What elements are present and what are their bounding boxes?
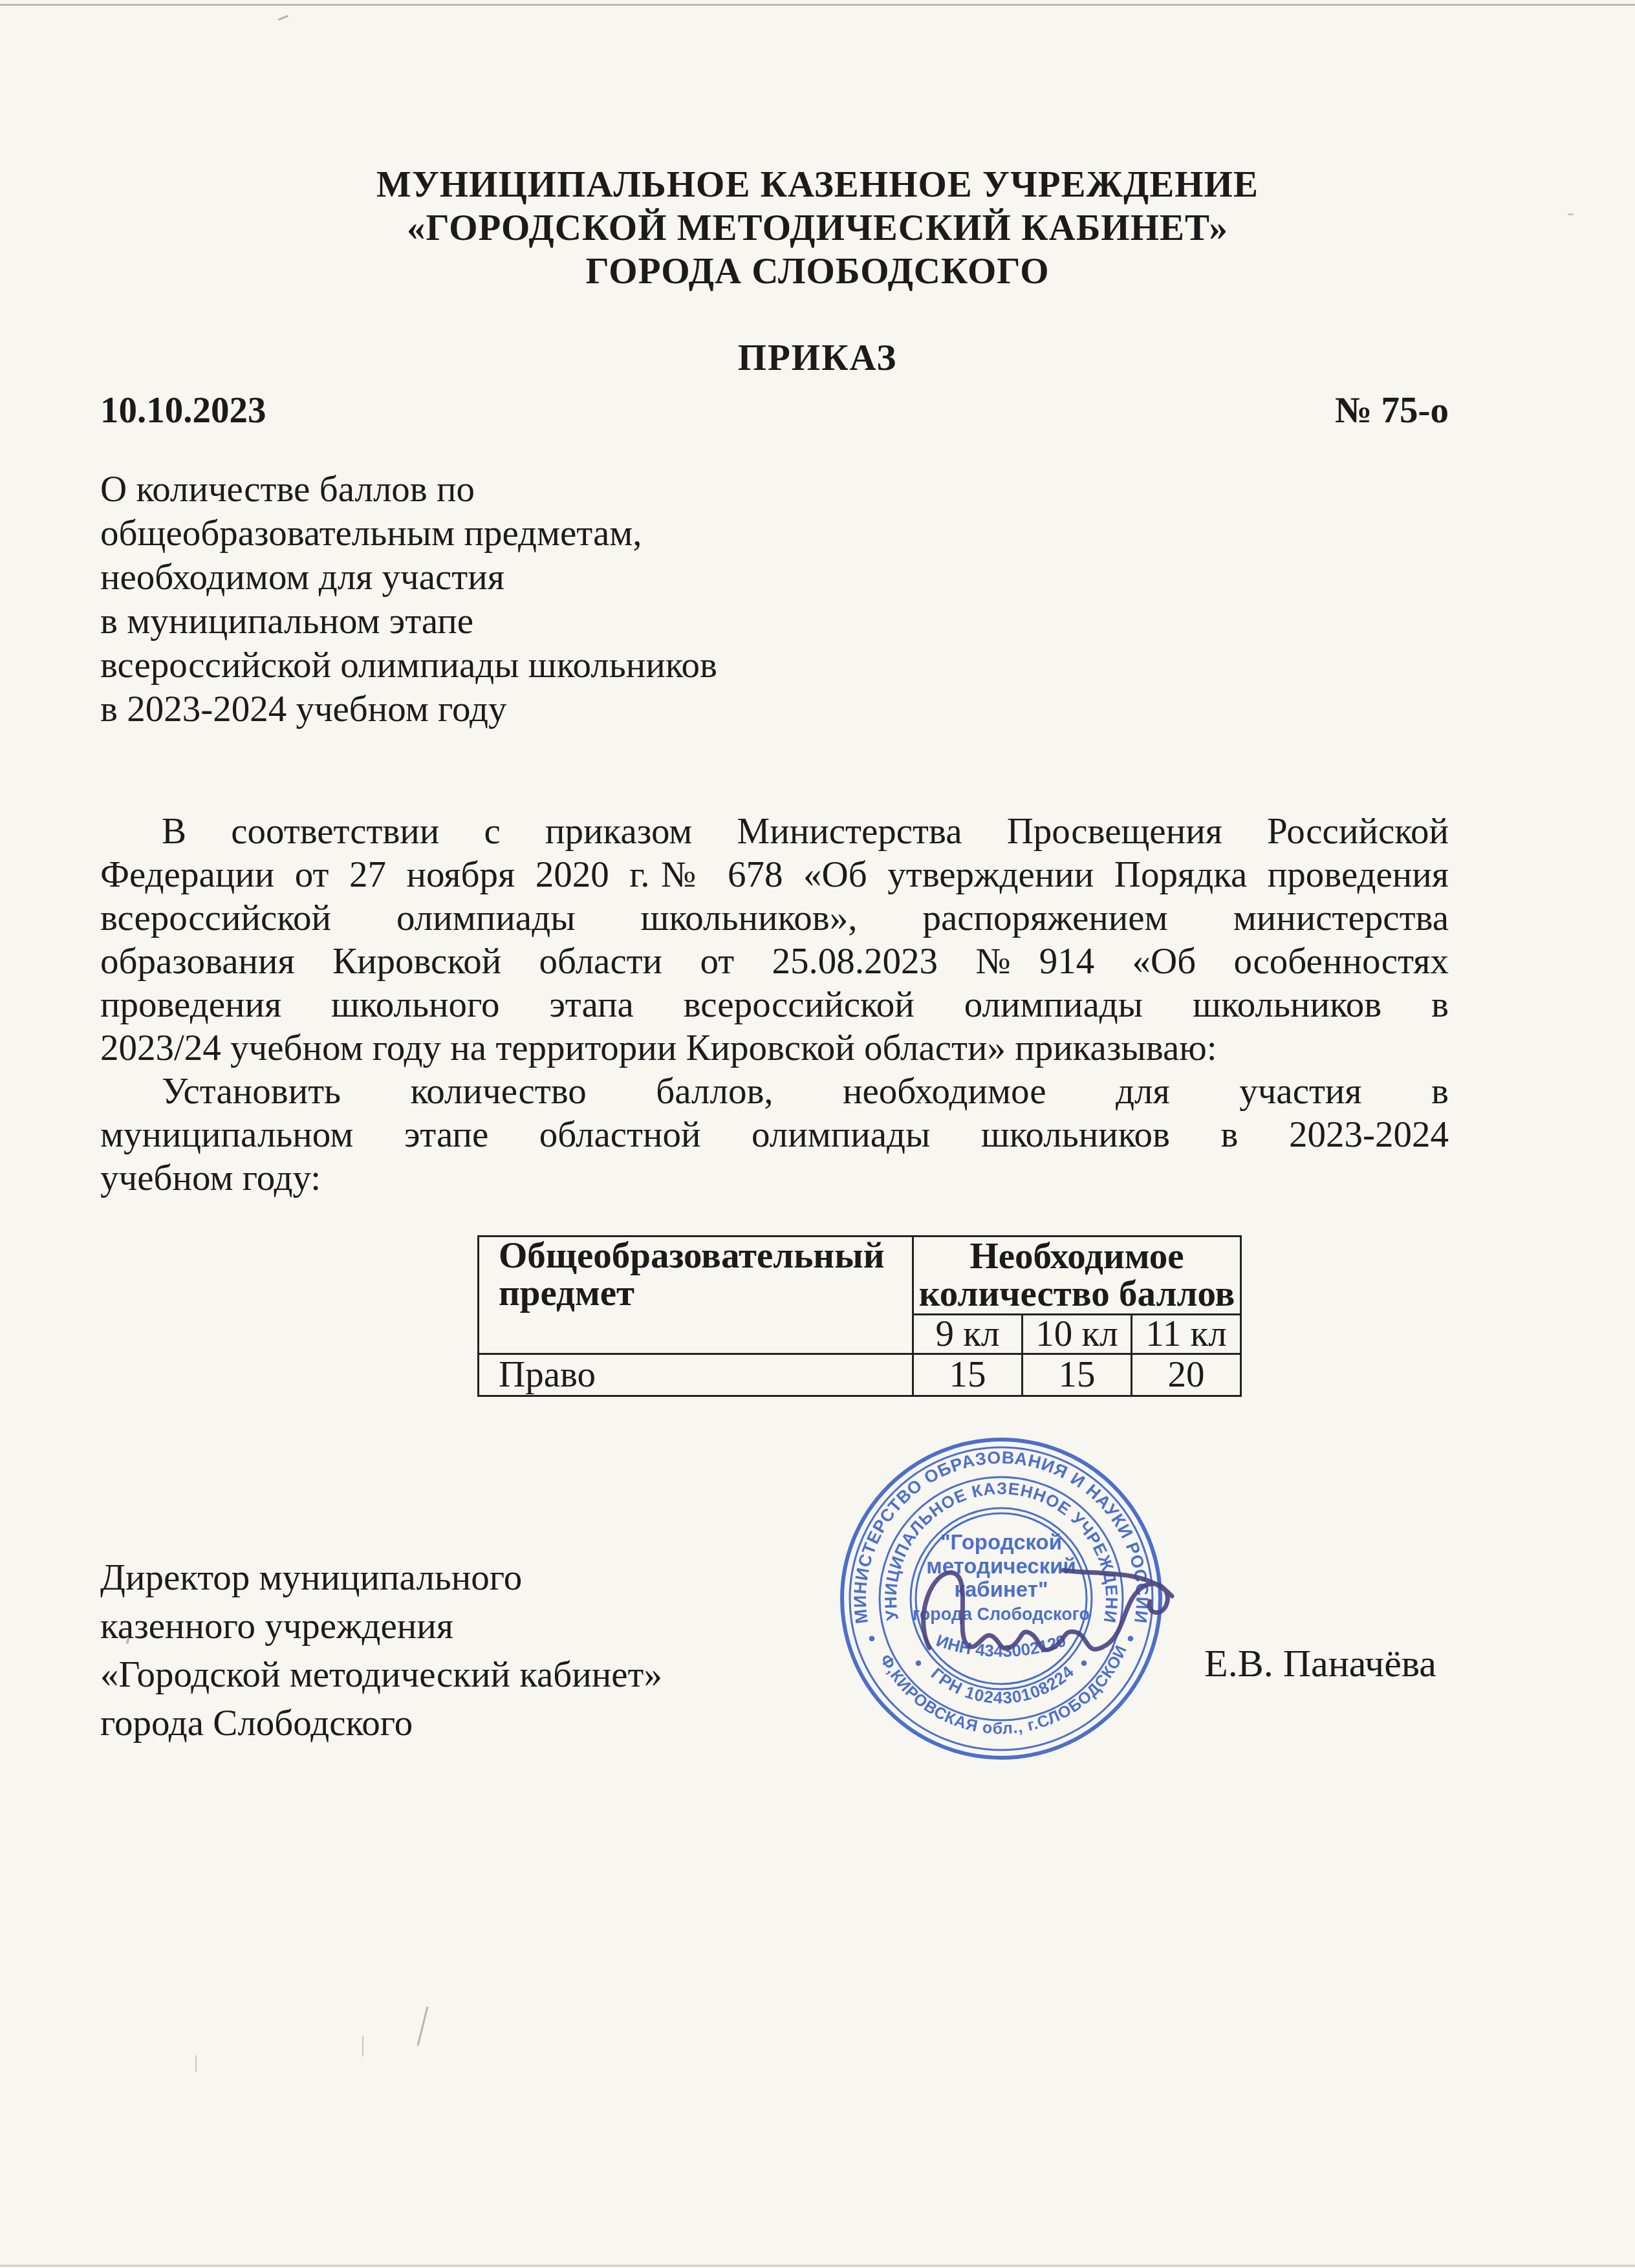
body-line: В соответствии с приказом Министерства П…	[100, 810, 1449, 853]
grade-10-header: 10 кл	[1023, 1315, 1132, 1354]
scanned-order-document: МУНИЦИПАЛЬНОЕ КАЗЕННОЕ УЧРЕЖДЕНИЕ «ГОРОД…	[0, 0, 1635, 2268]
subject-line: в муниципальном этапе	[100, 599, 812, 643]
scan-artifact	[417, 2007, 429, 2046]
subject-line: всероссийской олимпиады школьников	[100, 643, 812, 687]
body-text: В соответствии с приказом Министерства П…	[100, 810, 1449, 1200]
signature-position-line: города Слободского	[100, 1699, 876, 1747]
signature-position-line: Директор муниципального	[100, 1553, 876, 1602]
grade-9-header: 9 кл	[913, 1315, 1023, 1354]
scan-artifact	[195, 2055, 197, 2072]
scan-artifact	[362, 2036, 363, 2057]
signature-position-line: казенного учреждения	[100, 1602, 876, 1650]
signature-position-line: «Городской методический кабинет»	[100, 1650, 876, 1699]
signer-name: Е.В. Паначёва	[1204, 1641, 1436, 1686]
scan-edge-line	[0, 2265, 1635, 2267]
score-9-cell: 15	[913, 1354, 1023, 1396]
doc-type-title: ПРИКАЗ	[0, 337, 1635, 379]
scores-table: Общеобразовательный предмет Необходимое …	[477, 1235, 1242, 1397]
subject-line: в 2023-2024 учебном году	[100, 687, 812, 731]
scores-column-header: Необходимое количество баллов	[913, 1237, 1241, 1315]
body-line: всероссийской олимпиады школьников», рас…	[100, 896, 1449, 940]
issue-date: 10.10.2023	[100, 389, 266, 431]
signature-stroke	[924, 1573, 1168, 1650]
signature-stroke	[1063, 1570, 1172, 1596]
subject-cell: Право	[479, 1354, 913, 1396]
date-number-row: 10.10.2023 № 75-о	[100, 389, 1449, 431]
org-header: МУНИЦИПАЛЬНОЕ КАЗЕННОЕ УЧРЕЖДЕНИЕ «ГОРОД…	[0, 163, 1635, 293]
scan-artifact	[278, 15, 288, 21]
body-line: 2023/24 учебном году на территории Киров…	[100, 1026, 1449, 1070]
body-line: проведения школьного этапа всероссийской…	[100, 983, 1449, 1026]
body-line: муниципальном этапе областной олимпиады …	[100, 1113, 1449, 1156]
subject-block: О количестве баллов по общеобразовательн…	[100, 468, 812, 731]
org-name-line: ГОРОДА СЛОБОДСКОГО	[0, 250, 1635, 293]
org-name-line: МУНИЦИПАЛЬНОЕ КАЗЕННОЕ УЧРЕЖДЕНИЕ	[0, 163, 1635, 206]
grade-11-header: 11 кл	[1132, 1315, 1241, 1354]
scan-edge-line	[0, 4, 1635, 6]
org-name-line: «ГОРОДСКОЙ МЕТОДИЧЕСКИЙ КАБИНЕТ»	[0, 206, 1635, 250]
body-line: Установить количество баллов, необходимо…	[100, 1070, 1449, 1113]
table-row: Право 15 15 20	[479, 1354, 1241, 1396]
score-10-cell: 15	[1023, 1354, 1132, 1396]
body-line: Федерации от 27 ноября 2020 г.№ 678 «Об …	[100, 853, 1449, 896]
body-line: учебном году:	[100, 1156, 1449, 1200]
signature-position-block: Директор муниципального казенного учрежд…	[100, 1553, 876, 1747]
order-number: № 75-о	[1335, 389, 1449, 431]
stamp-separator-dot: •	[869, 1628, 876, 1650]
body-line: образования Кировской области от 25.08.2…	[100, 940, 1449, 983]
subject-line: общеобразовательным предметам,	[100, 512, 812, 556]
subject-line: необходимом для участия	[100, 556, 812, 599]
score-11-cell: 20	[1132, 1354, 1241, 1396]
handwritten-signature	[900, 1551, 1211, 1667]
subject-column-header: Общеобразовательный предмет	[479, 1237, 913, 1354]
subject-line: О количестве баллов по	[100, 468, 812, 512]
